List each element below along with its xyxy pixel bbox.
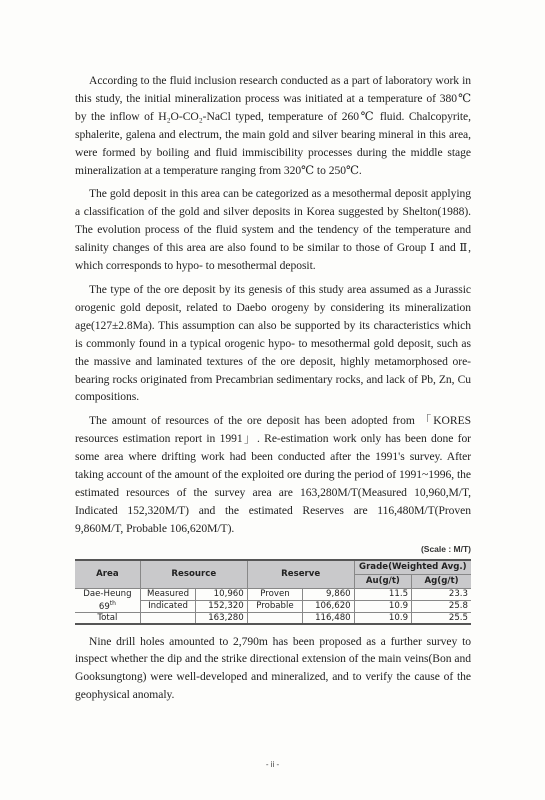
area-cell: Dae-Heung 69th	[75, 588, 140, 612]
area-level-suffix: th	[110, 600, 116, 607]
resource-type: Measured	[140, 588, 195, 600]
table-row: Dae-Heung 69th Measured 10,960 Proven 9,…	[75, 588, 471, 600]
table-scale-note: (Scale : M/T)	[75, 544, 471, 554]
header-ag: Ag(g/t)	[412, 574, 471, 588]
resource-value: 10,960	[196, 588, 247, 600]
header-au: Au(g/t)	[354, 574, 411, 588]
header-resource: Resource	[140, 560, 247, 589]
resource-table: Area Resource Reserve Grade(Weighted Avg…	[75, 559, 471, 625]
paragraph-fluid-inclusion: According to the fluid inclusion researc…	[75, 72, 471, 179]
resource-value: 152,320	[196, 600, 247, 612]
total-reserve-value: 116,480	[303, 612, 354, 624]
area-level: 69	[99, 602, 110, 612]
paragraph-resources: The amount of resources of the ore depos…	[75, 412, 471, 537]
document-page: According to the fluid inclusion researc…	[75, 72, 471, 710]
reserve-type: Probable	[247, 600, 302, 612]
au-grade: 10.9	[354, 600, 411, 612]
page-number: - ii -	[0, 760, 545, 769]
area-name: Dae-Heung	[83, 589, 131, 599]
empty-cell	[247, 612, 302, 624]
paragraph-drill-holes: Nine drill holes amounted to 2,790m has …	[75, 633, 471, 705]
au-grade: 11.5	[354, 588, 411, 600]
ag-grade: 25.8	[412, 600, 471, 612]
header-grade: Grade(Weighted Avg.)	[354, 560, 471, 575]
table-row-total: Total 163,280 116,480 10.9 25.5	[75, 612, 471, 624]
paragraph-deposit-genesis: The type of the ore deposit by its genes…	[75, 281, 471, 406]
total-label: Total	[75, 612, 140, 624]
total-resource-value: 163,280	[196, 612, 247, 624]
reserve-value: 9,860	[303, 588, 354, 600]
reserve-value: 106,620	[303, 600, 354, 612]
resource-type: Indicated	[140, 600, 195, 612]
ag-grade: 23.3	[412, 588, 471, 600]
total-ag-grade: 25.5	[412, 612, 471, 624]
header-area: Area	[75, 560, 140, 589]
paragraph-deposit-classification: The gold deposit in this area can be cat…	[75, 185, 471, 275]
header-reserve: Reserve	[247, 560, 354, 589]
empty-cell	[140, 612, 195, 624]
total-au-grade: 10.9	[354, 612, 411, 624]
reserve-type: Proven	[247, 588, 302, 600]
